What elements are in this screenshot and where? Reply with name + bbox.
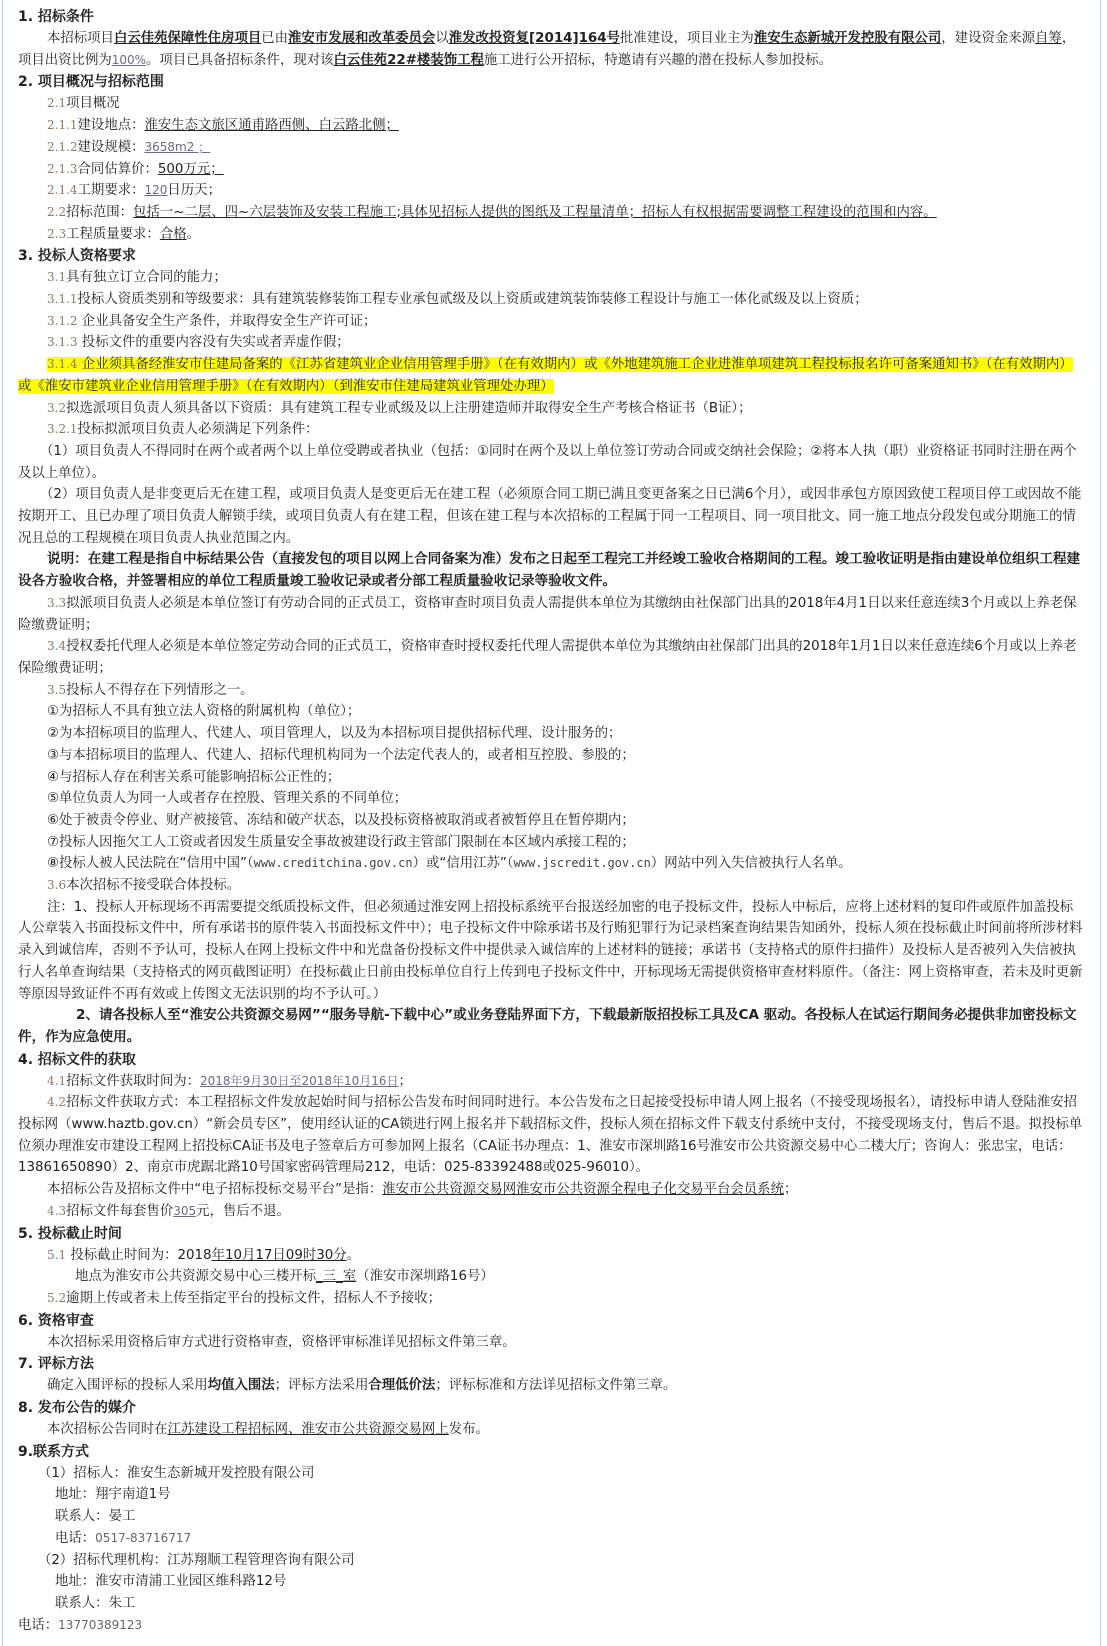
section-6-title: 6. 资格审查 — [18, 1310, 1086, 1332]
item-number: 2.1.2 — [47, 140, 78, 154]
item-3-2: 3.2拟选派项目负责人须具备以下资质：具有建筑工程专业贰级及以上注册建造师并取得… — [18, 398, 1086, 420]
text: ）或“信用江苏”（ — [413, 856, 514, 871]
item-2-1: 2.1项目概况 — [18, 93, 1086, 115]
item-value: 淮安生态文旅区通甫路西侧、白云路北侧； — [145, 118, 399, 133]
item-number: 3.1.3 — [47, 335, 78, 349]
item-number: 3.1.4 — [47, 357, 78, 371]
tenderer-address: 地址：翔宇南道1号 — [18, 1484, 1086, 1506]
item-label: 建设地点： — [78, 118, 145, 133]
item-text: 投标拟派项目负责人必须满足下列条件： — [78, 422, 319, 437]
section-5-title: 5. 投标截止时间 — [18, 1223, 1086, 1245]
item-number: 3.6 — [47, 878, 66, 892]
item-suffix: 元，售后不退。 — [196, 1204, 290, 1219]
item-number: 5.2 — [47, 1291, 66, 1305]
item-label: 工期要求： — [78, 183, 145, 198]
item-number: 5.1 — [47, 1248, 66, 1262]
remark-2: 2、请各投标人至“淮安公共资源交易网”“服务导航-下载中心”或业务登陆界面下方，… — [18, 1005, 1086, 1048]
item-2-3: 2.3工程质量要求：合格。 — [18, 224, 1086, 246]
section-1-paragraph: 本招标项目白云佳苑保障性住房项目已由淮安市发展和改革委员会以淮发改投资复[201… — [18, 28, 1086, 71]
work-name: 白云佳苑22#楼装饰工程 — [334, 53, 484, 68]
item-number: 3.1.1 — [47, 292, 78, 306]
section-4-title: 4. 招标文件的获取 — [18, 1049, 1086, 1071]
item-suffix: ； — [784, 1182, 797, 1197]
section-6-text: 本次招标采用资格后审方式进行资格审查，资格评审标准详见招标文件第三章。 — [18, 1332, 1086, 1354]
platform-definition: 本招标公告及招标文件中“电子招标投标交易平台”是指：淮安市公共资源交易网淮安市公… — [18, 1179, 1086, 1201]
item-text: 本次招标不接受联合体投标。 — [66, 878, 240, 893]
item-text: 逾期上传或者未上传至指定平台的投标文件，招标人不予接收； — [66, 1291, 441, 1306]
item-number: 3.1 — [47, 270, 66, 284]
item-label: 项目概况 — [66, 96, 120, 111]
item-label: 工程质量要求： — [66, 227, 160, 242]
item-number: 3.2 — [47, 401, 66, 415]
item-label: 招标文件获取时间为： — [66, 1074, 200, 1089]
remark-1: 注：1、投标人开标现场不再需要提交纸质投标文件，但必须通过淮安网上招投标系统平台… — [18, 897, 1086, 1006]
item-text: 具有独立订立合同的能力； — [66, 270, 227, 285]
item-3-6: 3.6本次招标不接受联合体投标。 — [18, 875, 1086, 897]
phone-number: 13770389123 — [58, 1618, 142, 1632]
evaluation-method: 合理低价法 — [368, 1378, 435, 1393]
value: 朱工 — [109, 1596, 136, 1611]
tender-notice: 1. 招标条件 本招标项目白云佳苑保障性住房项目已由淮安市发展和改革委员会以淮发… — [18, 6, 1086, 1636]
section-9-title: 9.联系方式 — [18, 1441, 1086, 1463]
text: ；评标方法采用 — [275, 1378, 369, 1393]
section-3-title: 3. 投标人资格要求 — [18, 245, 1086, 267]
item-text: 企业具备安全生产条件，并取得安全生产许可证； — [78, 314, 377, 329]
tenderer-contact: 联系人：晏工 — [18, 1506, 1086, 1528]
acquisition-period: 2018年9月30日至2018年10月16日 — [200, 1074, 399, 1088]
approval-no: 淮发改投资复[2014]164号 — [449, 31, 620, 46]
location-address: （淮安市深圳路16号） — [356, 1269, 494, 1284]
item-suffix: 。 — [187, 227, 200, 242]
item-value: 120 — [145, 183, 168, 197]
publish-media-link[interactable]: 江苏建设工程招标网、淮安市公共资源交易网上 — [168, 1422, 449, 1437]
platform-label: 本招标公告及招标文件中“电子招标投标交易平台”是指： — [47, 1182, 382, 1197]
text: 确定入围评标的投标人采用 — [47, 1378, 208, 1393]
platform-link[interactable]: 淮安市公共资源交易网淮安市公共资源全程电子化交易平台会员系统 — [382, 1182, 784, 1197]
item-text: 投标人资质类别和等级要求：具有建筑装修装饰工程专业承包贰级及以上资质或建筑装饰装… — [78, 292, 868, 307]
value: 淮安市清浦工业园区维科路12号 — [95, 1574, 286, 1589]
item-number: 2.1.3 — [47, 162, 78, 176]
item-3-1-3: 3.1.3 投标文件的重要内容没有失实或者弄虚作假； — [18, 332, 1086, 354]
item-3-2-1: 3.2.1投标拟派项目负责人必须满足下列条件： — [18, 419, 1086, 441]
item-label: 建设规模： — [78, 140, 145, 155]
item-2-2: 2.2招标范围：包括一~二层、四~六层装饰及安装工程施工;具体见招标人提供的图纸… — [18, 202, 1086, 224]
item-number: 4.1 — [47, 1074, 66, 1088]
item-suffix: ； — [399, 1074, 412, 1089]
item-number: 4.2 — [47, 1095, 66, 1109]
section-2-title: 2. 项目概况与招标范围 — [18, 71, 1086, 93]
item-text: 招标文件获取方式：本工程招标文件发放起始时间与招标公告发布时间同时进行。本公告发… — [18, 1095, 1082, 1175]
phone-number: 0517-83716717 — [95, 1531, 191, 1545]
value: 晏工 — [109, 1509, 136, 1524]
item-suffix: 日历天； — [167, 183, 221, 198]
case-1: ①为招标人不具有独立法人资格的附属机构（单位）； — [18, 701, 1086, 723]
item-value: 500万元； — [158, 162, 224, 177]
item-3-1: 3.1具有独立订立合同的能力； — [18, 267, 1086, 289]
item-label: 投标截止时间为：2018 — [66, 1248, 211, 1263]
item-text: 授权委托代理人必须是本单位签定劳动合同的正式员工，资格审查时授权委托代理人需提供… — [18, 639, 1076, 676]
funding: 自筹 — [1035, 31, 1062, 46]
bid-location: 地点为淮安市公共资源交易中心三楼开标_三_室（淮安市深圳路16号） — [18, 1266, 1086, 1288]
item-label: 招标范围： — [66, 205, 133, 220]
item-3-5: 3.5投标人不得存在下列情形之一。 — [18, 680, 1086, 702]
item-number: 3.1.2 — [47, 314, 78, 328]
agent-phone: 电话：13770389123 — [18, 1615, 1086, 1637]
item-label: 招标文件每套售价 — [66, 1204, 173, 1219]
label: 联系人： — [55, 1596, 109, 1611]
text: 发布。 — [449, 1422, 489, 1437]
section-7-title: 7. 评标方法 — [18, 1353, 1086, 1375]
owner: 淮安生态新城开发控股有限公司 — [754, 31, 941, 46]
item-text: 企业须具备经淮安市住建局备案的《江苏省建筑业企业信用管理手册》（在有效期内）或《… — [18, 357, 1073, 394]
text: 已由 — [261, 31, 288, 46]
case-8: ⑧投标人被人民法院在“信用中国”（www.creditchina.gov.cn）… — [18, 853, 1086, 875]
condition-1: （1）项目负责人不得同时在两个或者两个以上单位受聘或者执业（包括：①同时在两个及… — [18, 441, 1086, 484]
item-suffix: 。 — [347, 1248, 360, 1263]
text: ）网站中列入失信被执行人名单。 — [651, 856, 852, 871]
text: 以 — [435, 31, 448, 46]
item-2-1-4: 2.1.4工期要求：120日历天； — [18, 180, 1086, 202]
item-text: 投标人不得存在下列情形之一。 — [66, 683, 253, 698]
approver: 淮安市发展和改革委员会 — [288, 31, 435, 46]
item-number: 2.1.1 — [47, 118, 78, 132]
label: 地址： — [55, 1574, 95, 1589]
item-5-2: 5.2逾期上传或者未上传至指定平台的投标文件，招标人不予接收； — [18, 1288, 1086, 1310]
location-room: _三_室 — [316, 1269, 356, 1284]
condition-2: （2）项目负责人是非变更后无在建工程，或项目负责人是变更后无在建工程（必须原合同… — [18, 484, 1086, 549]
item-number: 2.1.4 — [47, 183, 78, 197]
item-4-2: 4.2招标文件获取方式：本工程招标文件发放起始时间与招标公告发布时间同时进行。本… — [18, 1092, 1086, 1179]
price: 305 — [173, 1204, 196, 1218]
deadline: 年10月17日09时30分 — [212, 1248, 347, 1263]
item-value: 合格 — [160, 227, 187, 242]
item-3-1-1: 3.1.1投标人资质类别和等级要求：具有建筑装修装饰工程专业承包贰级及以上资质或… — [18, 289, 1086, 311]
text: 。项目已具备招标条件，现对该 — [146, 53, 333, 68]
item-number: 3.4 — [47, 639, 66, 653]
text: 批准建设，项目业主为 — [620, 31, 754, 46]
note-explanation: 说明：在建工程是指自中标结果公告（直接发包的项目以网上合同备案为准）发布之日起至… — [18, 549, 1086, 592]
text: 本次招标公告同时在 — [47, 1422, 168, 1437]
case-4: ④与招标人存在利害关系可能影响招标公正性的； — [18, 767, 1086, 789]
section-7-text: 确定入围评标的投标人采用均值入围法；评标方法采用合理低价法；评标标准和方法详见招… — [18, 1375, 1086, 1397]
item-4-1: 4.1招标文件获取时间为：2018年9月30日至2018年10月16日； — [18, 1071, 1086, 1093]
item-label: 合同估算价： — [78, 162, 158, 177]
value: 翔宇南道1号 — [95, 1487, 170, 1502]
item-3-1-4-highlighted: 3.1.4 企业须具备经淮安市住建局备案的《江苏省建筑业企业信用管理手册》（在有… — [18, 354, 1086, 397]
item-value: 3658m2 ； — [145, 140, 211, 154]
section-8-title: 8. 发布公告的媒介 — [18, 1397, 1086, 1419]
item-number: 4.3 — [47, 1204, 66, 1218]
item-number: 3.3 — [47, 596, 66, 610]
text: 施工进行公开招标，特邀请有兴趣的潜在投标人参加投标。 — [484, 53, 832, 68]
section-8-text: 本次招标公告同时在江苏建设工程招标网、淮安市公共资源交易网上发布。 — [18, 1419, 1086, 1441]
tenderer-phone: 电话：0517-83716717 — [18, 1528, 1086, 1550]
item-3-4: 3.4授权委托代理人必须是本单位签定劳动合同的正式员工，资格审查时授权委托代理人… — [18, 636, 1086, 679]
case-2: ②为本招标项目的监理人、代建人、项目管理人，以及为本招标项目提供招标代理、设计服… — [18, 723, 1086, 745]
ratio: 100% — [112, 53, 146, 67]
item-text: 投标文件的重要内容没有失实或者弄虚作假； — [78, 335, 350, 350]
item-text: 拟派项目负责人必须是本单位签订有劳动合同的正式员工，资格审查时项目负责人需提供本… — [18, 596, 1076, 633]
item-number: 3.5 — [47, 683, 66, 697]
item-3-1-2: 3.1.2 企业具备安全生产条件，并取得安全生产许可证； — [18, 311, 1086, 333]
tenderer-heading: （1）招标人：淮安生态新城开发控股有限公司 — [18, 1463, 1086, 1485]
text: ⑧投标人被人民法院在“信用中国”（ — [47, 856, 254, 871]
item-number: 2.3 — [47, 227, 66, 241]
agent-address: 地址：淮安市清浦工业园区维科路12号 — [18, 1571, 1086, 1593]
label: 电话： — [55, 1531, 95, 1546]
item-5-1: 5.1 投标截止时间为：2018年10月17日09时30分。 — [18, 1245, 1086, 1267]
agent-contact: 联系人：朱工 — [18, 1593, 1086, 1615]
shortlist-method: 均值入围法 — [208, 1378, 275, 1393]
label: 电话： — [18, 1618, 58, 1633]
item-text: 拟选派项目负责人须具备以下资质：具有建筑工程专业贰级及以上注册建造师并取得安全生… — [66, 401, 751, 416]
item-number: 2.2 — [47, 205, 66, 219]
item-value: 包括一~二层、四~六层装饰及安装工程施工;具体见招标人提供的图纸及工程量清单；招… — [133, 205, 937, 220]
location-label: 地点为淮安市公共资源交易中心三楼开标 — [75, 1269, 316, 1284]
case-5: ⑤单位负责人为同一人或者存在控股、管理关系的不同单位； — [18, 788, 1086, 810]
item-2-1-3: 2.1.3合同估算价：500万元； — [18, 159, 1086, 181]
case-6: ⑥处于被责令停业、财产被接管、冻结和破产状态，以及投标资格被取消或者被暂停且在暂… — [18, 810, 1086, 832]
item-4-3: 4.3招标文件每套售价305元，售后不退。 — [18, 1201, 1086, 1223]
agent-heading: （2）招标代理机构：江苏翔顺工程管理咨询有限公司 — [18, 1550, 1086, 1572]
item-2-1-1: 2.1.1建设地点：淮安生态文旅区通甫路西侧、白云路北侧； — [18, 115, 1086, 137]
text: ，建设资金来源 — [941, 31, 1035, 46]
creditchina-url: www.creditchina.gov.cn — [254, 856, 413, 870]
item-number: 2.1 — [47, 96, 66, 110]
item-number: 3.2.1 — [47, 422, 78, 436]
section-1-title: 1. 招标条件 — [18, 6, 1086, 28]
case-3: ③与本招标项目的监理人、代建人、招标代理机构同为一个法定代表人的，或者相互控股、… — [18, 745, 1086, 767]
item-3-3: 3.3拟派项目负责人必须是本单位签订有劳动合同的正式员工，资格审查时项目负责人需… — [18, 593, 1086, 636]
label: 联系人： — [55, 1509, 109, 1524]
jscredit-url: www.jscredit.gov.cn — [514, 856, 651, 870]
text: 本招标项目 — [47, 31, 114, 46]
text: ；评标标准和方法详见招标文件第三章。 — [435, 1378, 676, 1393]
item-2-1-2: 2.1.2建设规模：3658m2 ； — [18, 137, 1086, 159]
case-7: ⑦投标人因拖欠工人工资或者因发生质量安全事故被建设行政主管部门限制在本区域内承接… — [18, 832, 1086, 854]
project-name: 白云佳苑保障性住房项目 — [114, 31, 261, 46]
label: 地址： — [55, 1487, 95, 1502]
